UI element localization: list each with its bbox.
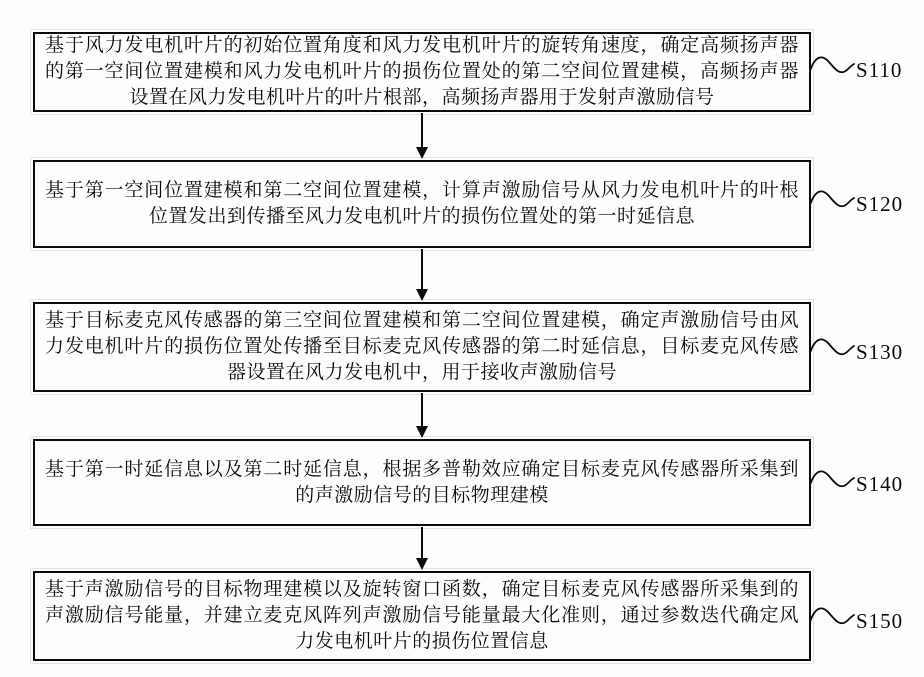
arrow-head (416, 426, 428, 438)
step-reference-s150: S150 (809, 599, 921, 635)
arrow-shaft (421, 249, 423, 289)
arrow-shaft (421, 393, 423, 426)
step-text-s150: 基于声激励信号的目标物理建模以及旋转窗口函数，确定目标麦克风传感器所采集到的声激… (45, 577, 799, 655)
step-box-s130: 基于目标麦克风传感器的第三空间位置建模和第二空间位置建模，确定声激励信号由风力发… (33, 302, 811, 392)
step-text-s130: 基于目标麦克风传感器的第三空间位置建模和第二空间位置建模，确定声激励信号由风力发… (45, 308, 799, 386)
step-text-s140: 基于第一时延信息以及第二时延信息，根据多普勒效应确定目标麦克风传感器所采集到的声… (45, 457, 799, 509)
step-label-s110: S110 (856, 58, 902, 83)
step-label-s140: S140 (856, 472, 903, 497)
flow-arrow-icon (415, 527, 429, 570)
arrow-shaft (421, 113, 423, 147)
step-box-s140: 基于第一时延信息以及第二时延信息，根据多普勒效应确定目标麦克风传感器所采集到的声… (33, 439, 811, 526)
step-reference-s120: S120 (809, 182, 921, 218)
reference-curve-icon (809, 332, 855, 364)
reference-curve-icon (809, 601, 855, 633)
arrow-shaft (421, 527, 423, 558)
reference-curve-icon (809, 50, 855, 82)
step-label-s130: S130 (856, 340, 903, 365)
flow-arrow-icon (415, 393, 429, 438)
step-box-s110: 基于风力发电机叶片的初始位置角度和风力发电机叶片的旋转角速度，确定高频扬声器的第… (33, 32, 811, 112)
flow-arrow-icon (415, 113, 429, 159)
step-text-s110: 基于风力发电机叶片的初始位置角度和风力发电机叶片的旋转角速度，确定高频扬声器的第… (45, 33, 799, 111)
step-reference-s130: S130 (809, 330, 921, 366)
step-label-s120: S120 (856, 192, 903, 217)
arrow-head (416, 558, 428, 570)
flow-arrow-icon (415, 249, 429, 301)
step-box-s120: 基于第一空间位置建模和第二空间位置建模，计算声激励信号从风力发电机叶片的叶根位置… (33, 160, 811, 248)
step-box-s150: 基于声激励信号的目标物理建模以及旋转窗口函数，确定目标麦克风传感器所采集到的声激… (33, 571, 811, 661)
arrow-head (416, 289, 428, 301)
step-text-s120: 基于第一空间位置建模和第二空间位置建模，计算声激励信号从风力发电机叶片的叶根位置… (45, 178, 799, 230)
reference-curve-icon (809, 184, 855, 216)
flowchart-canvas: 基于风力发电机叶片的初始位置角度和风力发电机叶片的旋转角速度，确定高频扬声器的第… (0, 0, 924, 677)
step-reference-s110: S110 (809, 48, 921, 84)
reference-curve-icon (809, 464, 855, 496)
step-reference-s140: S140 (809, 462, 921, 498)
step-label-s150: S150 (856, 609, 903, 634)
arrow-head (416, 147, 428, 159)
